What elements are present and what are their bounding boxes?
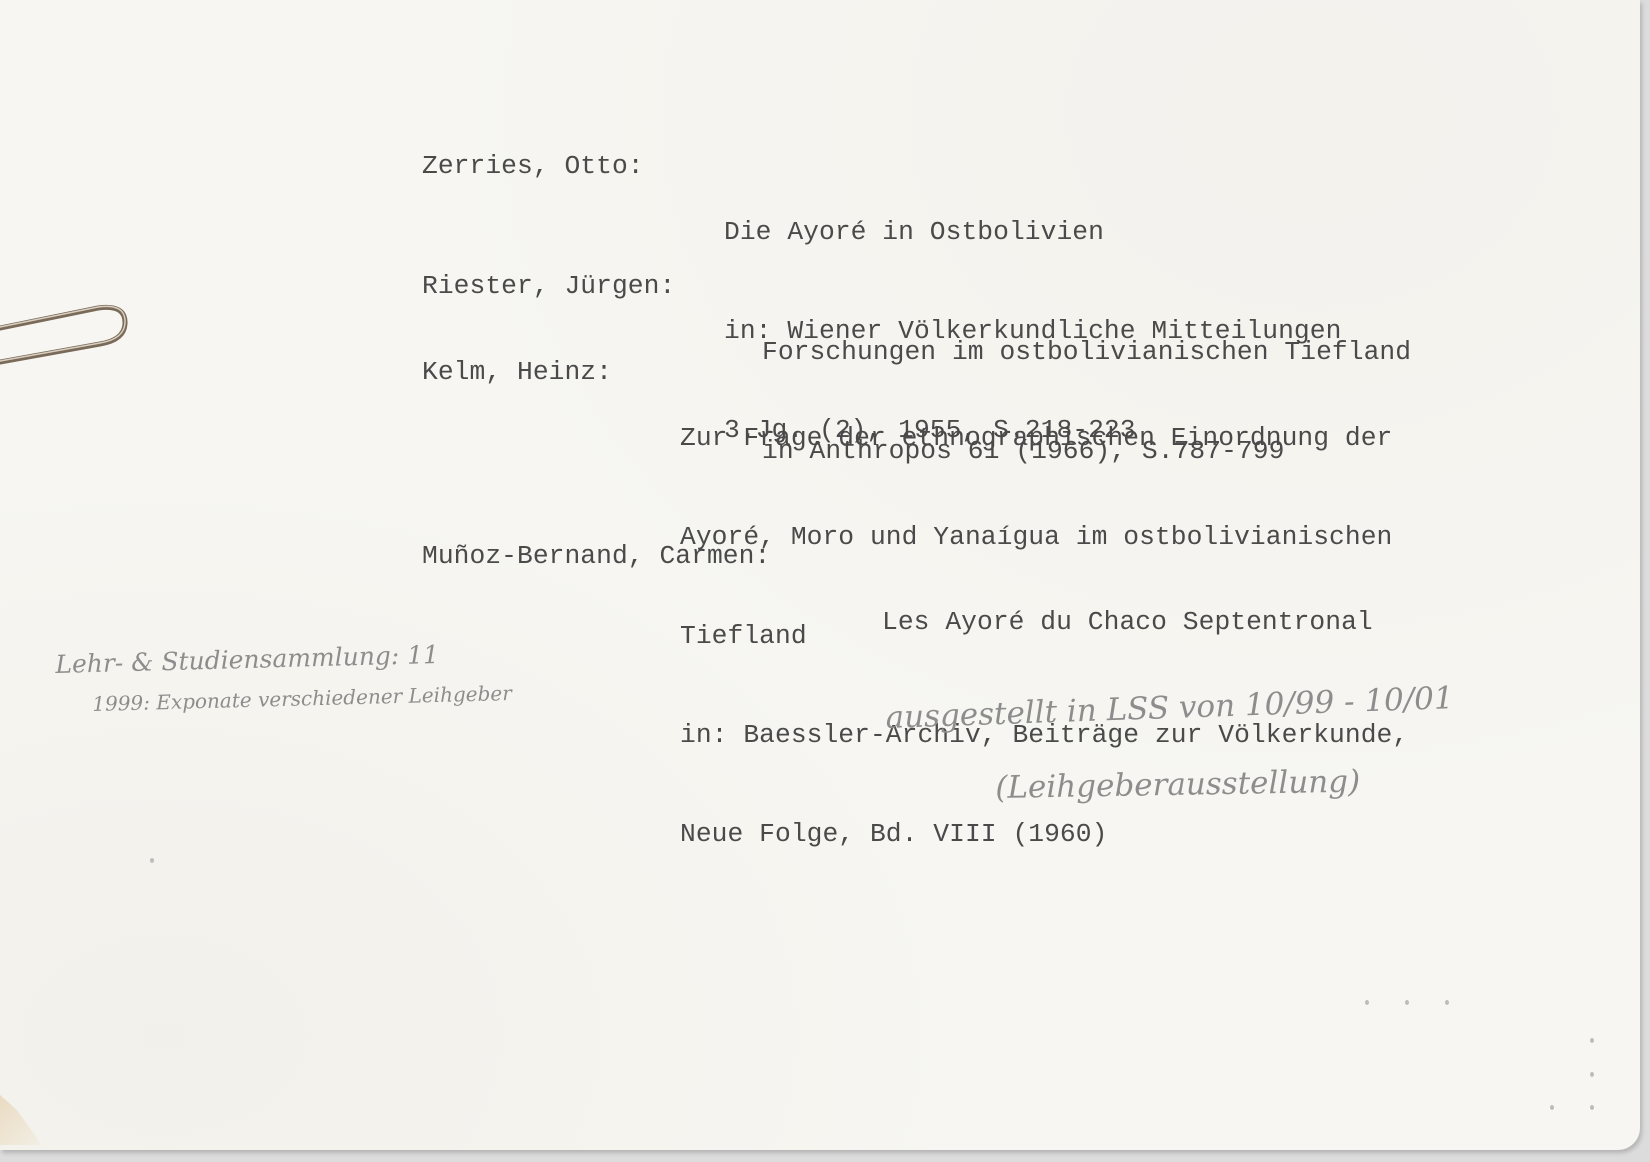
entry-author: Kelm, Heinz: bbox=[422, 356, 612, 389]
handwritten-note-left-line1: Lehr- & Studiensammlung: 11 bbox=[55, 640, 439, 679]
entry-title: Les Ayoré du Chaco Septentronal bbox=[882, 606, 1373, 639]
entry-title-line1: Zur Frage der ethnographischen Einordnun… bbox=[680, 422, 1408, 455]
entry-author: Riester, Jürgen: bbox=[422, 270, 675, 303]
bleed-dot bbox=[150, 858, 154, 863]
entry-author: Zerries, Otto: bbox=[422, 150, 644, 183]
paperclip-icon bbox=[0, 300, 130, 380]
bleed-dot bbox=[1590, 1105, 1594, 1110]
paper-stain bbox=[0, 1095, 42, 1145]
bleed-dot bbox=[1550, 1105, 1554, 1110]
bib-entry-zerries: Zerries, Otto: Die Ayoré in Ostbolivien … bbox=[422, 150, 485, 282]
bleed-dot bbox=[1365, 1000, 1369, 1005]
bleed-dot bbox=[1590, 1038, 1594, 1043]
bleed-dot bbox=[1405, 1000, 1409, 1005]
bib-entry-kelm: Kelm, Heinz: Zur Frage der ethnographisc… bbox=[422, 356, 485, 488]
index-card: Zerries, Otto: Die Ayoré in Ostbolivien … bbox=[0, 0, 1640, 1150]
entry-author: Muñoz-Bernand, Carmen: bbox=[422, 540, 770, 573]
entry-title: Die Ayoré in Ostbolivien bbox=[724, 216, 1341, 249]
handwritten-note-right-line2: (Leihgeberausstellung) bbox=[995, 764, 1360, 806]
handwritten-note-left-line2: 1999: Exponate verschiedener Leihgeber bbox=[92, 681, 512, 716]
entry-citation: Neue Folge, Bd. VIII (1960) bbox=[680, 818, 1408, 851]
bleed-dot bbox=[1590, 1072, 1594, 1077]
bleed-dot bbox=[1445, 1000, 1449, 1005]
